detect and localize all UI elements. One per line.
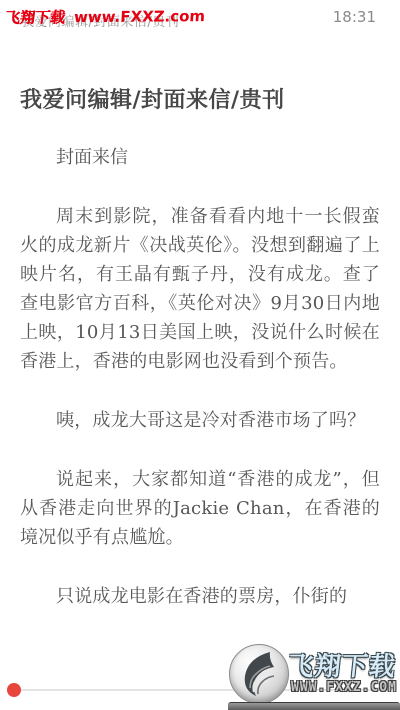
article-title: 我爱问编辑/封面来信/贵刊: [20, 86, 380, 116]
article-subtitle: 封面来信: [20, 143, 380, 172]
watermark-bottom-brand: 飞翔下载: [286, 646, 398, 683]
article-paragraph: 咦，成龙大哥这是冷对香港市场了吗？: [20, 406, 380, 435]
watermark-top: 飞翔下载 www.FXXZ.com: [5, 5, 205, 28]
article-paragraph: 说起来，大家都知道“香港的成龙”，但从香港走向世界的Jackie Chan，在香…: [20, 465, 380, 552]
article-paragraph: 只说成龙电影在香港的票房，仆街的: [20, 582, 380, 611]
article-content: 我爱问编辑/封面来信/贵刊 封面来信 周末到影院，准备看看内地十一长假蛮火的成龙…: [0, 0, 400, 611]
reader-screen: { "header": { "title": "我爱问编辑/封面来信/贵刊", …: [0, 0, 400, 710]
progress-slider-handle[interactable]: [7, 683, 21, 697]
watermark-bottom-url: WWW.FXXZ.COM: [291, 680, 397, 695]
watermark-bottom-base-bar: [228, 702, 400, 710]
watermark-top-brand: 飞翔下载: [4, 6, 67, 28]
bird-glyph: [234, 648, 284, 700]
watermark-bottom: 飞翔下载 WWW.FXXZ.COM: [228, 642, 400, 710]
fxxz-bird-logo-icon: [229, 644, 289, 704]
article-paragraph: 周末到影院，准备看看内地十一长假蛮火的成龙新片《决战英伦》。没想到翻遍了上映片名…: [20, 202, 380, 376]
watermark-top-url: www.FXXZ.com: [74, 7, 206, 26]
